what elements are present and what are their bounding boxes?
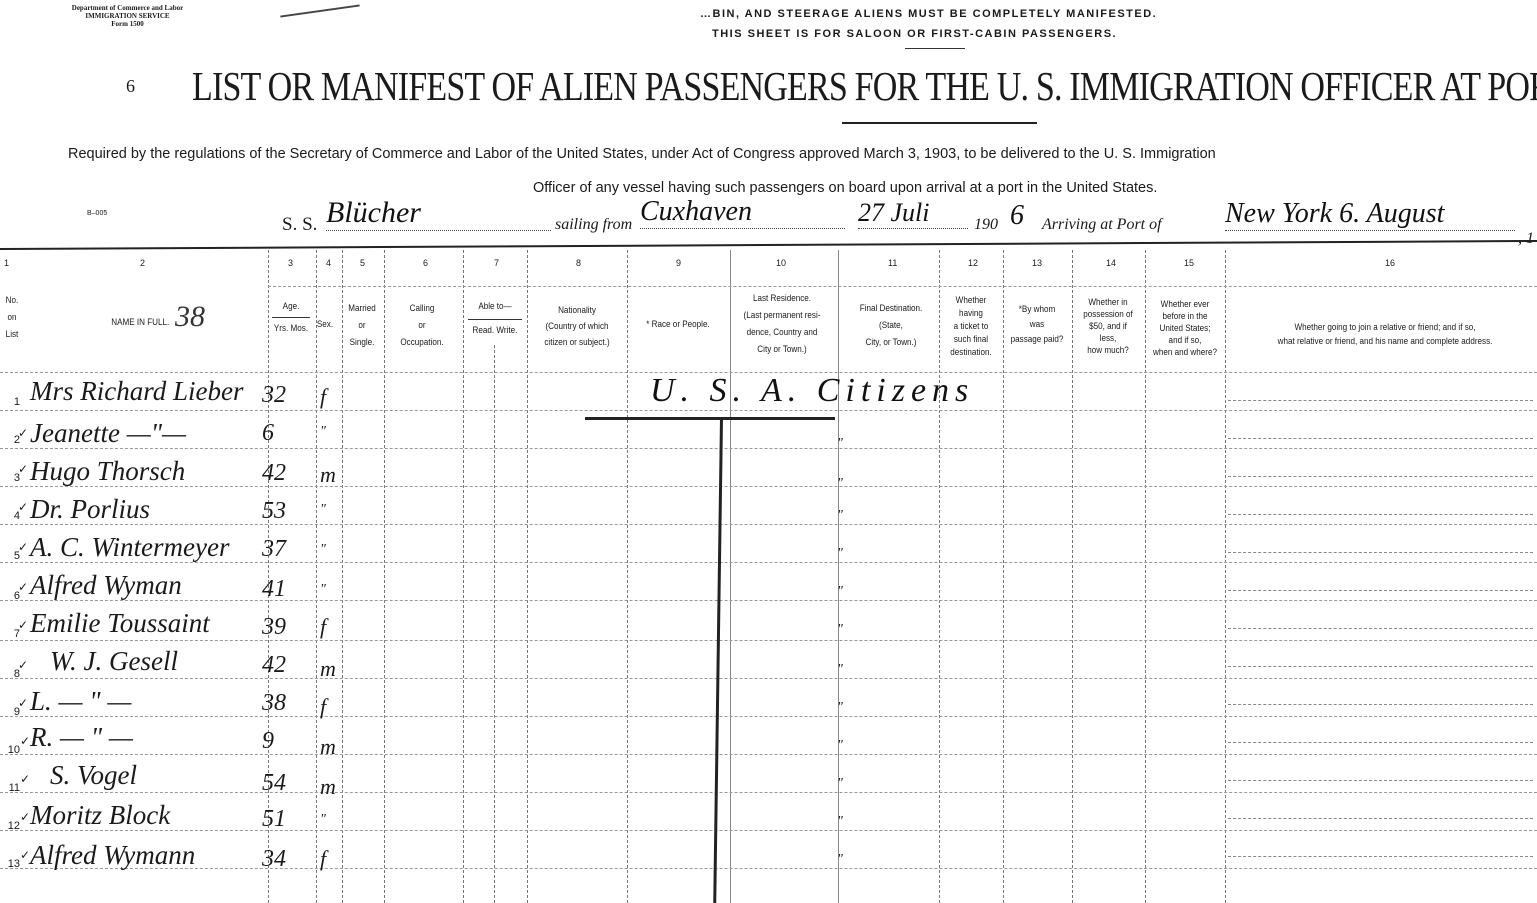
passenger-sex: " <box>320 542 326 558</box>
notice-line-2: THIS SHEET IS FOR SALOON OR FIRST-CABIN … <box>712 28 1332 40</box>
header-text: Last Residence. <box>737 290 827 307</box>
passenger-name: S. Vogel <box>50 760 137 791</box>
grid-line <box>384 250 385 903</box>
header-text: dence, Country and <box>737 324 827 341</box>
header-text: citizen or subject.) <box>537 334 618 350</box>
header-text: before in the <box>1150 310 1220 322</box>
row-rule <box>0 830 1537 831</box>
passenger-age: 54 <box>262 770 286 797</box>
passenger-age: 37 <box>262 536 286 563</box>
passenger-age: 9 <box>262 728 274 755</box>
passenger-sex: m <box>320 774 336 800</box>
col-num-12: 12 <box>968 258 978 268</box>
grid-line <box>494 345 495 903</box>
passenger-sex: " <box>320 582 326 598</box>
department-stamp: Department of Commerce and Labor IMMIGRA… <box>60 4 195 28</box>
row-number: 13 <box>4 858 20 870</box>
header-text: City or Town.) <box>737 341 827 358</box>
grid-line <box>1225 250 1226 903</box>
form-code: B–005 <box>87 210 107 217</box>
col-num-16: 16 <box>1385 258 1395 268</box>
header-text: Whether going to join a relative or frie… <box>1255 320 1516 334</box>
header-text: City, or Town.) <box>849 334 934 351</box>
row-number: 12 <box>4 820 20 832</box>
address-rule <box>1228 552 1533 553</box>
row-rule <box>0 678 1537 679</box>
passenger-age: 42 <box>262 652 286 679</box>
passenger-name: Alfred Wyman <box>30 570 182 601</box>
notice-rule <box>905 48 965 49</box>
pen-stroke <box>280 4 359 17</box>
header-text: Whether in <box>1077 296 1138 308</box>
col-num-8: 8 <box>576 258 581 268</box>
checkmark-icon: ✓ <box>18 696 28 710</box>
col-num-13: 13 <box>1032 258 1042 268</box>
col-num-1: 1 <box>4 258 9 268</box>
ditto-mark: " <box>837 476 843 492</box>
sheet-number: 6 <box>126 76 135 97</box>
header-text: Final Destination. <box>849 300 934 317</box>
passenger-sex: f <box>320 694 326 720</box>
header-text: what relative or friend, and his name an… <box>1255 334 1516 348</box>
grid-line <box>1003 250 1004 903</box>
col-num-2: 2 <box>140 258 145 268</box>
passenger-name: Mrs Richard Lieber <box>30 376 243 407</box>
form-number: Form 1500 <box>60 20 195 28</box>
checkmark-icon: ✓ <box>18 618 28 632</box>
address-rule <box>1228 780 1533 781</box>
checkmark-icon: ✓ <box>18 426 28 440</box>
row-rule <box>0 562 1537 563</box>
header-text: destination. <box>943 346 999 359</box>
header-calling: Calling or Occupation. <box>395 300 449 351</box>
row-rule <box>0 486 1537 487</box>
grid-line <box>838 250 839 903</box>
passenger-age: 38 <box>262 690 286 717</box>
service-name: IMMIGRATION SERVICE <box>60 12 195 20</box>
checkmark-icon: ✓ <box>18 540 28 554</box>
row-number: 1 <box>4 396 20 408</box>
header-no-on-list: No. on List <box>1 292 23 343</box>
header-text: Whether <box>943 294 999 307</box>
address-rule <box>1228 400 1533 401</box>
header-text: having <box>943 307 999 320</box>
header-text: No. <box>1 292 23 309</box>
passenger-age: 41 <box>262 576 286 603</box>
header-text: *By whom <box>1007 302 1066 317</box>
header-text: a ticket to <box>943 320 999 333</box>
header-text: was <box>1007 317 1066 332</box>
col-num-6: 6 <box>423 258 428 268</box>
passenger-age: 6 <box>262 420 274 447</box>
header-subrule <box>268 286 1537 287</box>
page-title: LIST OR MANIFEST OF ALIEN PASSENGERS FOR… <box>192 62 1537 110</box>
header-text: such final <box>943 333 999 346</box>
header-text: on <box>1 309 23 326</box>
grid-line <box>730 250 731 903</box>
col-num-15: 15 <box>1184 258 1194 268</box>
passenger-sex: m <box>320 656 336 682</box>
col-num-5: 5 <box>360 258 365 268</box>
col-num-9: 9 <box>676 258 681 268</box>
ditto-mark: " <box>837 546 843 562</box>
address-rule <box>1228 856 1533 857</box>
header-last-residence: Last Residence. (Last permanent resi- de… <box>737 290 827 358</box>
passenger-age: 42 <box>262 460 286 487</box>
address-rule <box>1228 514 1533 515</box>
header-final-destination: Final Destination. (State, City, or Town… <box>849 300 934 351</box>
passenger-name: Alfred Wymann <box>30 840 195 871</box>
header-text: (Country of which <box>537 318 618 334</box>
passenger-name: Jeanette —"— <box>30 418 186 449</box>
checkmark-icon: ✓ <box>20 772 30 786</box>
header-passage-paid: *By whom was passage paid? <box>1007 302 1066 347</box>
header-text: and if so, <box>1150 334 1220 346</box>
able-divider <box>468 319 522 320</box>
passenger-age: 32 <box>262 382 286 409</box>
address-rule <box>1228 590 1533 591</box>
checkmark-icon: ✓ <box>18 462 28 476</box>
row-rule <box>0 754 1537 755</box>
header-text: Read. Write. <box>468 324 522 337</box>
annotation-underline <box>585 417 835 420</box>
header-text: Yrs. Mos. <box>272 322 310 335</box>
checkmark-icon: ✓ <box>20 734 30 748</box>
passenger-sex: f <box>320 384 326 410</box>
address-rule <box>1228 476 1533 477</box>
row-number: 10 <box>4 744 20 756</box>
header-text: Occupation. <box>395 334 449 351</box>
address-rule <box>1228 438 1533 439</box>
header-ticket: Whether having a ticket to such final de… <box>943 294 999 359</box>
row-rule <box>0 792 1537 793</box>
header-text: United States; <box>1150 322 1220 334</box>
ditto-mark: " <box>837 852 843 868</box>
regulation-line-1: Required by the regulations of the Secre… <box>68 146 1216 162</box>
passenger-sex: f <box>320 846 326 872</box>
ditto-mark: " <box>837 584 843 600</box>
passenger-name: Emilie Toussaint <box>30 608 210 639</box>
passenger-name: Dr. Porlius <box>30 494 150 525</box>
header-married: Married or Single. <box>344 300 380 351</box>
address-rule <box>1228 666 1533 667</box>
department-name: Department of Commerce and Labor <box>60 4 195 12</box>
name-header-mark: 38 <box>175 300 205 334</box>
header-text: Nationality <box>537 302 618 318</box>
ditto-mark: " <box>837 662 843 678</box>
row-rule <box>0 868 1537 869</box>
header-rule <box>0 240 1537 250</box>
ditto-mark: " <box>837 814 843 830</box>
grid-line <box>527 250 528 903</box>
header-text: Married <box>344 300 380 317</box>
passenger-sex: m <box>320 734 336 760</box>
passenger-name: Moritz Block <box>30 800 170 831</box>
ditto-mark: " <box>837 776 843 792</box>
address-rule <box>1228 704 1533 705</box>
header-relative-friend: Whether going to join a relative or frie… <box>1255 320 1516 348</box>
header-text: Age. <box>272 300 310 313</box>
header-text: (State, <box>849 317 934 334</box>
header-text: Whether ever <box>1150 298 1220 310</box>
col-num-11: 11 <box>888 258 897 268</box>
passenger-name: A. C. Wintermeyer <box>30 532 229 563</box>
grid-line <box>1145 250 1146 903</box>
passenger-sex: f <box>320 614 326 640</box>
header-sex: Sex. <box>317 318 333 331</box>
row-rule <box>0 600 1537 601</box>
sailing-date-field: 27 Juli <box>858 198 968 229</box>
grid-line <box>463 250 464 903</box>
passenger-sex: " <box>320 502 326 518</box>
header-fifty-dollars: Whether in possession of $50, and if les… <box>1077 296 1138 356</box>
row-rule <box>0 524 1537 525</box>
year-prefix: 190 <box>974 216 998 234</box>
checkmark-icon: ✓ <box>18 658 28 672</box>
checkmark-icon: ✓ <box>18 500 28 514</box>
citizens-annotation: U. S. A. Citizens <box>650 372 974 410</box>
passenger-age: 34 <box>262 846 286 873</box>
header-text: less, <box>1077 332 1138 344</box>
header-name-in-full: NAME IN FULL. <box>111 316 169 329</box>
header-text: Single. <box>344 334 380 351</box>
col-num-4: 4 <box>326 258 331 268</box>
header-text: $50, and if <box>1077 320 1138 332</box>
col-num-14: 14 <box>1106 258 1116 268</box>
header-race: * Race or People. <box>640 318 716 331</box>
ditto-mark: " <box>837 622 843 638</box>
ditto-mark: " <box>837 700 843 716</box>
header-ever-before: Whether ever before in the United States… <box>1150 298 1220 358</box>
ship-name-field: Blücher <box>326 196 551 231</box>
checkmark-icon: ✓ <box>18 580 28 594</box>
passenger-sex: m <box>320 462 336 488</box>
header-text: passage paid? <box>1007 332 1066 347</box>
arriving-port-field: New York 6. August <box>1225 198 1515 231</box>
sailing-from-field: Cuxhaven <box>640 196 845 229</box>
checkmark-icon: ✓ <box>20 848 30 862</box>
row-rule <box>0 640 1537 641</box>
arriving-label: Arriving at Port of <box>1042 216 1162 234</box>
header-age: Age. Yrs. Mos. <box>272 300 310 335</box>
col-num-3: 3 <box>288 258 293 268</box>
row-rule <box>0 448 1537 449</box>
grid-line <box>316 250 317 903</box>
header-nationality: Nationality (Country of which citizen or… <box>537 302 618 350</box>
row-number: 11 <box>4 782 20 794</box>
address-rule <box>1228 818 1533 819</box>
ditto-mark: " <box>837 738 843 754</box>
col-num-7: 7 <box>494 258 499 268</box>
passenger-name: Hugo Thorsch <box>30 456 185 487</box>
passenger-age: 51 <box>262 806 286 833</box>
header-text: or <box>344 317 380 334</box>
header-text: (Last permanent resi- <box>737 307 827 324</box>
row-rule <box>0 410 1537 411</box>
header-text: or <box>395 317 449 334</box>
header-text: possession of <box>1077 308 1138 320</box>
header-able-to: Able to— Read. Write. <box>468 300 522 337</box>
header-text: Calling <box>395 300 449 317</box>
ditto-mark: " <box>837 508 843 524</box>
ditto-mark: " <box>837 436 843 452</box>
passenger-name: W. J. Gesell <box>50 646 178 677</box>
grid-line <box>1072 250 1073 903</box>
notice-line-1: …BIN, AND STEERAGE ALIENS MUST BE COMPLE… <box>700 8 1320 20</box>
col-num-10: 10 <box>776 258 786 268</box>
grid-line <box>939 250 940 903</box>
row-rule <box>0 716 1537 717</box>
address-rule <box>1228 742 1533 743</box>
sailing-from-label: sailing from <box>555 216 632 234</box>
header-text: Able to— <box>468 300 522 313</box>
passenger-sex: " <box>320 424 326 440</box>
header-text: when and where? <box>1150 346 1220 358</box>
regulation-line-2: Officer of any vessel having such passen… <box>533 180 1157 196</box>
header-text: List <box>1 326 23 343</box>
ship-prefix: S. S. <box>282 214 317 236</box>
age-divider <box>272 317 310 318</box>
address-rule <box>1228 628 1533 629</box>
grid-line <box>342 250 343 903</box>
title-rule <box>842 122 1037 124</box>
year-suffix: 6 <box>1010 200 1024 232</box>
passenger-name: L. — " — <box>30 686 131 717</box>
passenger-age: 53 <box>262 498 286 525</box>
passenger-sex: " <box>320 812 326 828</box>
checkmark-icon: ✓ <box>20 810 30 824</box>
passenger-name: R. — " — <box>30 722 133 753</box>
header-text: how much? <box>1077 344 1138 356</box>
grid-line <box>627 250 628 903</box>
passenger-age: 39 <box>262 614 286 641</box>
